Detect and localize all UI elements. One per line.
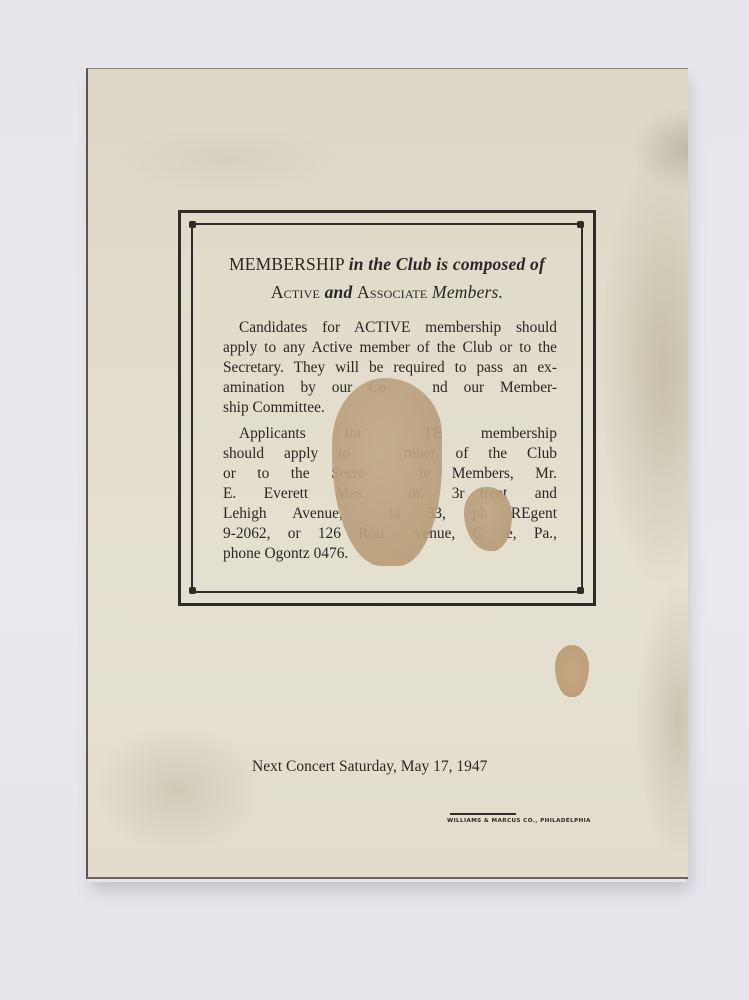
corner-ornament xyxy=(189,221,196,228)
heading-associate: Associate xyxy=(357,282,427,302)
heading-italic: in the Club is composed of xyxy=(349,254,545,274)
heading-caps: MEMBERSHIP xyxy=(229,254,344,274)
membership-heading: MEMBERSHIP in the Club is composed of Ac… xyxy=(205,250,569,306)
paragraph-line: Secretary. They will be required to pass… xyxy=(223,358,557,378)
printer-rule xyxy=(450,813,516,815)
heading-members: Members. xyxy=(432,282,503,302)
heading-active: Active xyxy=(271,282,320,302)
paragraph-line: apply to any Active member of the Club o… xyxy=(223,338,557,358)
paragraph-line: Candidates for ACTIVE membership should xyxy=(223,318,557,338)
next-concert-notice: Next Concert Saturday, May 17, 1947 xyxy=(252,758,522,776)
printer-credit: WILLIAMS & MARCUS CO., PHILADELPHIA xyxy=(447,818,591,824)
corner-ornament xyxy=(577,587,584,594)
corner-ornament xyxy=(189,587,196,594)
paper-stain xyxy=(332,378,442,566)
corner-ornament xyxy=(577,221,584,228)
heading-and: and xyxy=(325,282,353,302)
